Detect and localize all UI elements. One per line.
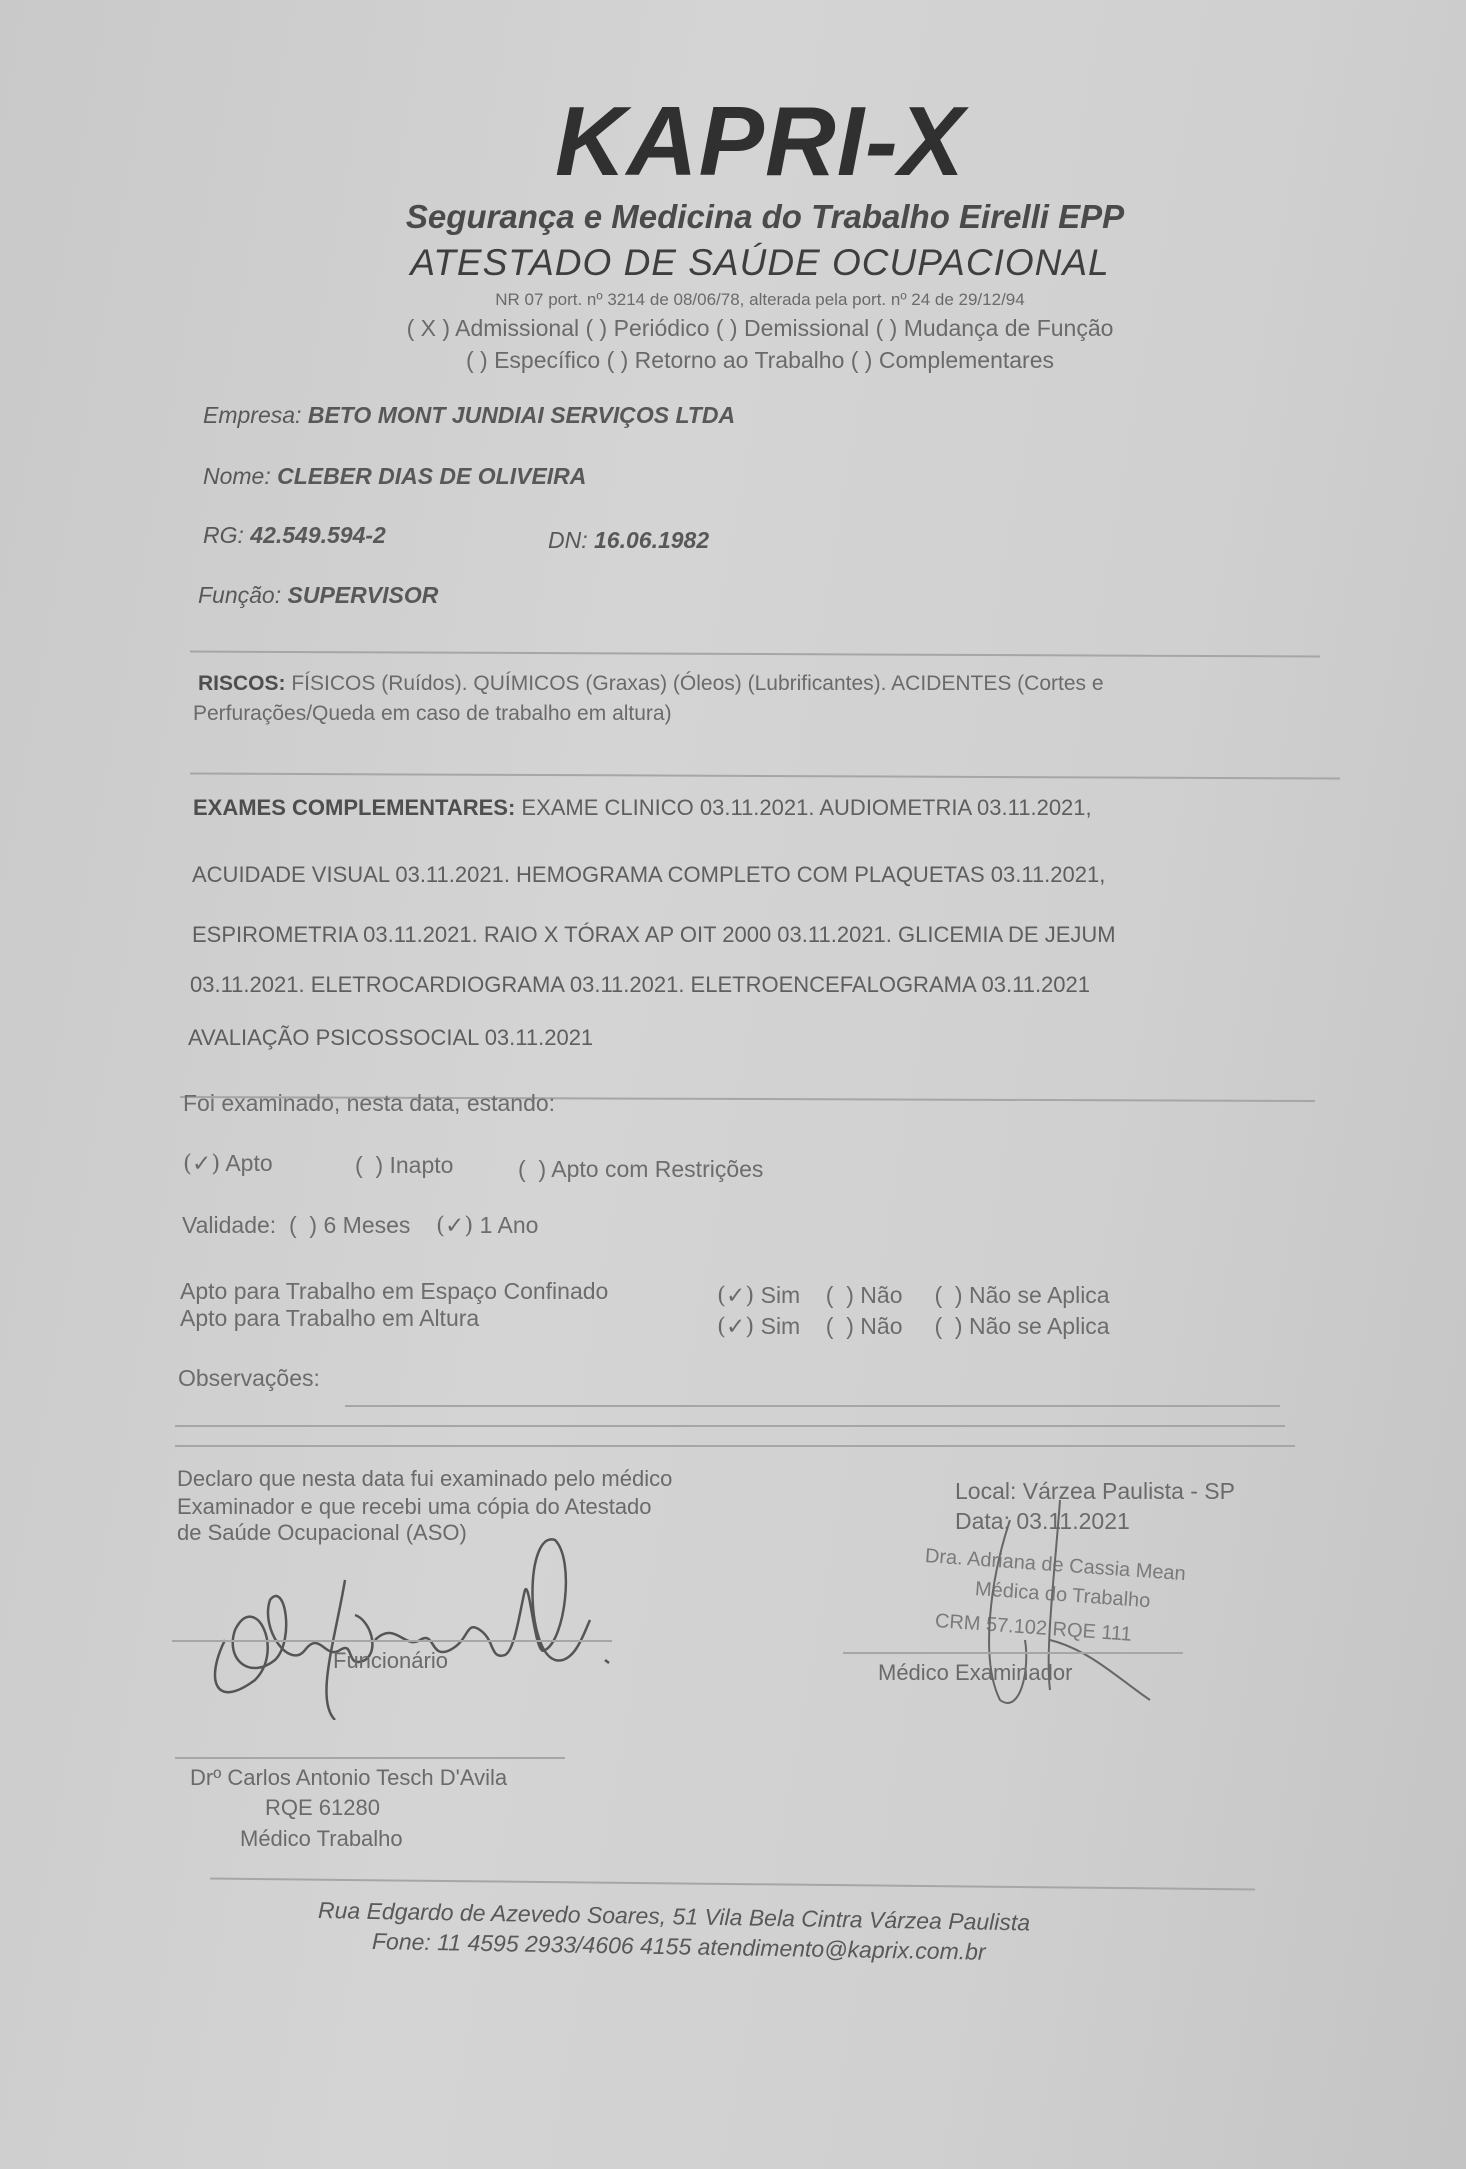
funcao-label: Função: (198, 582, 281, 608)
riscos-line2: Perfurações/Queda em caso de trabalho em… (193, 702, 672, 726)
company-name: Segurança e Medicina do Trabalho Eirelli… (0, 198, 1466, 236)
riscos-text: FÍSICOS (Ruídos). QUÍMICOS (Graxas) (Óle… (291, 672, 1103, 695)
result-intro: Foi examinado, nesta data, estando: (183, 1090, 555, 1117)
restricoes-option: ( ) Apto com Restrições (518, 1156, 763, 1183)
footer-divider (210, 1878, 1255, 1891)
apto-label: Apto (225, 1150, 272, 1176)
nao-aplica-label: Não se Aplica (969, 1282, 1110, 1308)
dn-field: DN: 16.06.1982 (548, 527, 709, 554)
coordinator-role: Médico Trabalho (240, 1826, 403, 1852)
check-mark-icon: (✓) (717, 1314, 754, 1340)
employee-signature-line (172, 1640, 612, 1642)
dn-value: 16.06.1982 (594, 527, 709, 553)
check-mark-icon: (✓) (183, 1151, 220, 1177)
exames-line1: EXAMES COMPLEMENTARES: EXAME CLINICO 03.… (193, 795, 1092, 821)
funcao-value: SUPERVISOR (288, 582, 439, 608)
validade-row: Validade: ( ) 6 Meses (✓) 1 Ano (182, 1212, 538, 1239)
altura-options: (✓) Sim ( ) Não ( ) Não se Aplica (717, 1313, 1110, 1340)
empresa-label: Empresa: (203, 402, 301, 428)
inapto-option: ( ) Inapto (355, 1152, 453, 1179)
rg-field: RG: 42.549.594-2 (203, 522, 386, 549)
riscos-line1: RISCOS: FÍSICOS (Ruídos). QUÍMICOS (Grax… (198, 672, 1104, 696)
coordinator-name: Drº Carlos Antonio Tesch D'Avila (190, 1765, 507, 1791)
restricoes-label: Apto com Restrições (551, 1156, 763, 1182)
exam-type-options-line2: ( ) Específico ( ) Retorno ao Trabalho (… (0, 347, 1466, 374)
exames-line5: AVALIAÇÃO PSICOSSOCIAL 03.11.2021 (188, 1025, 593, 1051)
check-mark-icon: (✓) (436, 1213, 473, 1239)
declaration-line2: Examinador e que recebi uma cópia do Ate… (177, 1494, 652, 1520)
check-mark-icon: (✓) (717, 1283, 754, 1309)
divider (190, 772, 1340, 779)
nome-field: Nome: CLEBER DIAS DE OLIVEIRA (203, 463, 586, 490)
empresa-value: BETO MONT JUNDIAI SERVIÇOS LTDA (308, 402, 735, 428)
empresa-field: Empresa: BETO MONT JUNDIAI SERVIÇOS LTDA (203, 402, 735, 429)
exames-line2: ACUIDADE VISUAL 03.11.2021. HEMOGRAMA CO… (192, 862, 1105, 888)
observacoes-line (345, 1405, 1280, 1407)
sim-label: Sim (761, 1313, 801, 1339)
coordinator-line (175, 1757, 565, 1759)
seis-meses-label: 6 Meses (323, 1212, 410, 1238)
divider (190, 651, 1320, 658)
exames-line4: 03.11.2021. ELETROCARDIOGRAMA 03.11.2021… (190, 972, 1090, 998)
exam-type-options-line1: ( X ) Admissional ( ) Periódico ( ) Demi… (0, 315, 1466, 342)
aso-document: KAPRI-X Segurança e Medicina do Trabalho… (0, 0, 1466, 2169)
um-ano-label: 1 Ano (480, 1212, 539, 1238)
divider (175, 1445, 1295, 1447)
exames-line3: ESPIROMETRIA 03.11.2021. RAIO X TÓRAX AP… (192, 922, 1116, 948)
nome-value: CLEBER DIAS DE OLIVEIRA (277, 463, 586, 489)
validade-label: Validade: (182, 1212, 276, 1238)
regulation-reference: NR 07 port. nº 3214 de 08/06/78, alterad… (0, 290, 1466, 310)
sim-label: Sim (761, 1282, 801, 1308)
confinado-options: (✓) Sim ( ) Não ( ) Não se Aplica (717, 1282, 1110, 1309)
funcionario-label: Funcionário (333, 1648, 448, 1674)
inapto-label: Inapto (390, 1152, 454, 1178)
divider (175, 1425, 1285, 1427)
rg-label: RG: (203, 522, 244, 548)
dn-label: DN: (548, 527, 588, 553)
exames-text: EXAME CLINICO 03.11.2021. AUDIOMETRIA 03… (521, 795, 1091, 820)
confinado-label: Apto para Trabalho em Espaço Confinado (180, 1278, 608, 1305)
altura-label: Apto para Trabalho em Altura (180, 1305, 479, 1332)
company-logo: KAPRI-X (0, 85, 1466, 198)
riscos-label: RISCOS: (198, 672, 286, 695)
document-title: ATESTADO DE SAÚDE OCUPACIONAL (0, 242, 1466, 284)
nao-label: Não (860, 1282, 902, 1308)
employee-signature (195, 1520, 655, 1720)
coordinator-rqe: RQE 61280 (265, 1795, 380, 1821)
apto-option: (✓) Apto (183, 1150, 273, 1177)
nome-label: Nome: (203, 463, 271, 489)
observacoes-label: Observações: (178, 1365, 320, 1392)
nao-label: Não (860, 1313, 902, 1339)
funcao-field: Função: SUPERVISOR (198, 582, 438, 609)
declaration-line1: Declaro que nesta data fui examinado pel… (177, 1466, 672, 1492)
rg-value: 42.549.594-2 (250, 522, 386, 548)
exames-label: EXAMES COMPLEMENTARES: (193, 795, 515, 820)
medico-examinador-label: Médico Examinador (878, 1660, 1072, 1686)
doctor-signature-line (843, 1652, 1183, 1654)
nao-aplica-label: Não se Aplica (969, 1313, 1110, 1339)
